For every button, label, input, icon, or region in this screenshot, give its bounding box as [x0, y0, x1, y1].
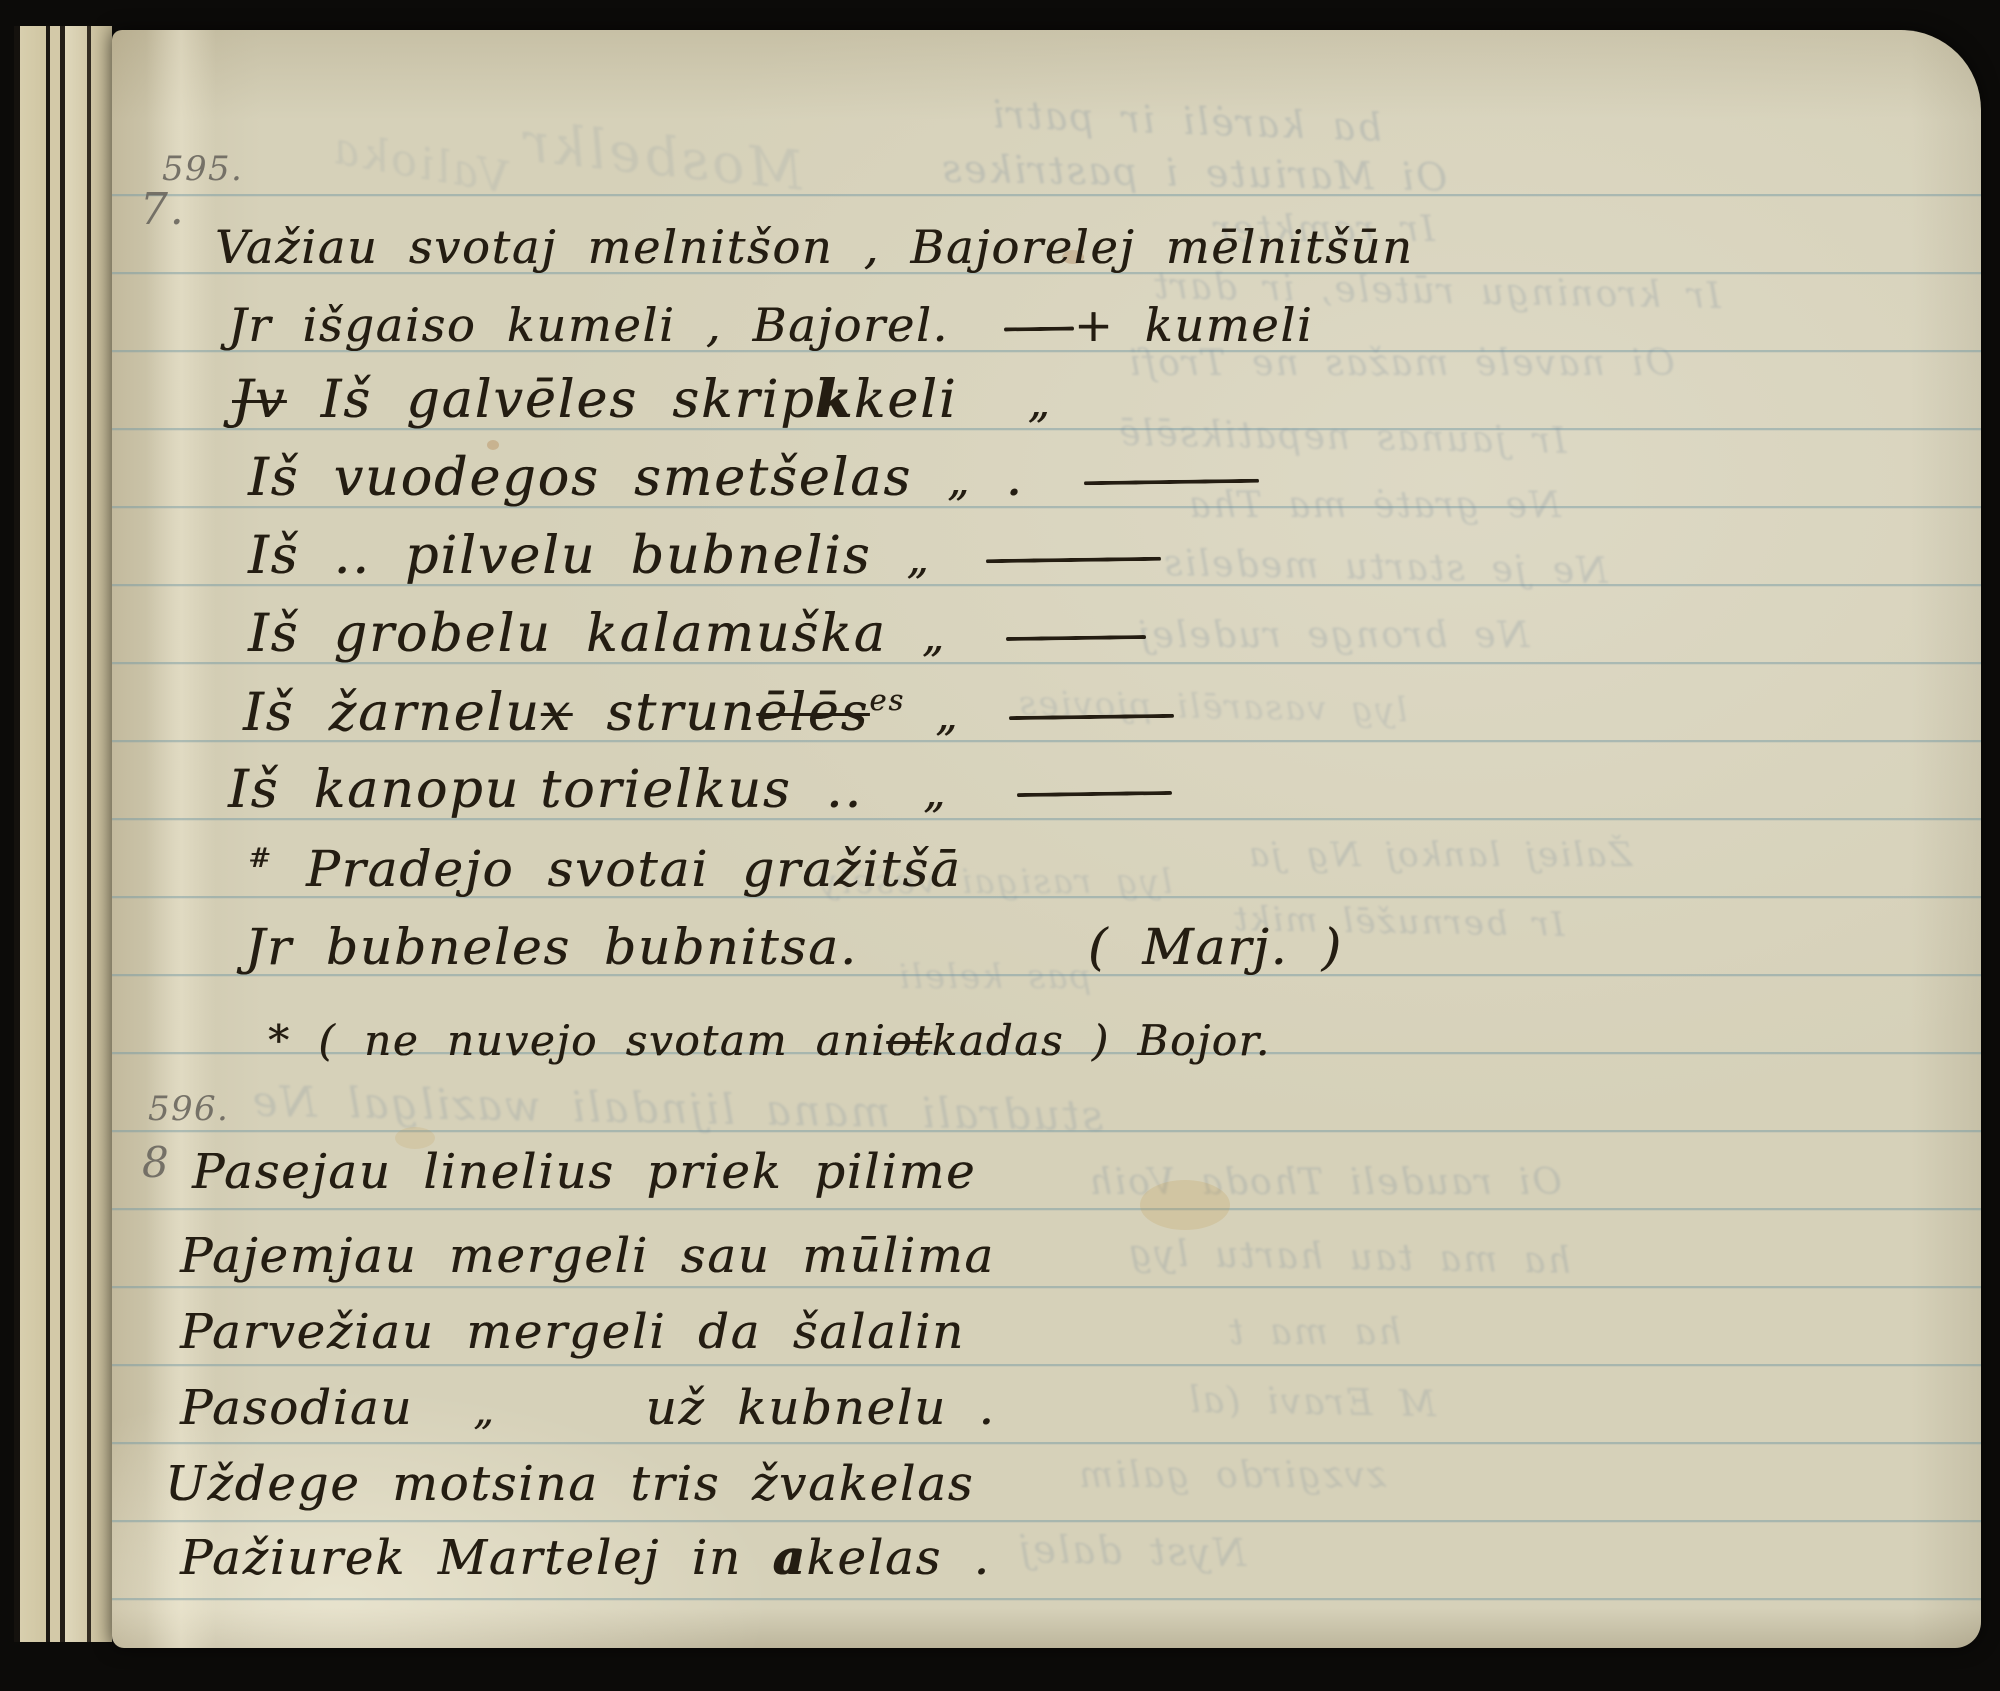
ditto-mark: „ [907, 534, 931, 584]
ditto-mark: „ [947, 456, 971, 506]
handwritten-text: Jr išgaiso kumeli , Bajorel. [228, 298, 949, 352]
bleedthrough-ghost-text: Nyst dalej [1017, 1530, 1247, 1572]
song-596-line: Pažiurek Martelej in akelas . [180, 1534, 991, 1582]
song-595-line: Jv Iš galvēles skripkkeli„ [232, 374, 1052, 426]
superscript-correction: es [869, 683, 905, 717]
song-595-line: Iš žarnelux strunēlēses„ [243, 686, 1174, 739]
overwritten-text: k [816, 369, 854, 430]
superscript-correction: # [248, 842, 273, 874]
handwritten-text: Pasodiau [180, 1380, 413, 1436]
handwritten-text: 596. [148, 1089, 229, 1129]
repeat-dash [986, 556, 1161, 562]
bleedthrough-ghost-text: zvzgirdo galim [1077, 1458, 1386, 1494]
repeat-dash [1004, 326, 1074, 331]
ruled-line [112, 1208, 1981, 1210]
handwritten-text: už kubnelu . [646, 1380, 996, 1436]
song-595-line: Jr bubneles bubnitsa.( Marj. ) [245, 922, 1343, 972]
pencil-number-label: 596. [148, 1092, 229, 1126]
handwritten-text: Iš galvēles skrip [286, 370, 815, 430]
bleedthrough-ghost-text: Ne je startu medelis [1162, 546, 1608, 590]
repeat-dash [1009, 713, 1174, 719]
struck-text: ot [886, 1016, 932, 1065]
page-edge [50, 26, 60, 1642]
song-595-line: Važiau svotaj melnitšon , Bajorelej mēln… [215, 224, 1414, 270]
bleedthrough-ghost-text: studrali mana lijndali wazilgal Ne [250, 1081, 1104, 1138]
bleedthrough-ghost-text: Valioka [328, 127, 513, 202]
handwritten-text: Parvežiau mergeli da šalalin [180, 1304, 965, 1360]
pencil-number-label: 7. [140, 188, 186, 232]
struck-text: ēlēs [756, 683, 869, 743]
handwritten-text: ( Marj. ) [1088, 918, 1343, 976]
handwritten-text: . [971, 448, 1024, 508]
ditto-mark: „ [922, 612, 946, 662]
ruled-line [112, 194, 1981, 196]
handwritten-text: * ( ne nuvejo svotam ani [268, 1016, 886, 1065]
scanned-manuscript: { "document": { "type": "handwritten not… [0, 0, 2000, 1691]
bleedthrough-ghost-text: Oi Mariute i pastrikes [940, 150, 1448, 197]
handwritten-text: 8 [142, 1138, 170, 1187]
handwritten-text: Pasejau linelius priek pilime [192, 1144, 976, 1200]
handwritten-text: Pradejo svotai gražitšā [273, 840, 962, 898]
repeat-dash [1017, 790, 1172, 796]
bleedthrough-ghost-text: ha ma tau hartu lyg [1127, 1236, 1571, 1280]
bleedthrough-ghost-text: Ne bronge rudelej [1137, 618, 1529, 654]
song-596-line: Parvežiau mergeli da šalalin [180, 1308, 965, 1356]
ditto-mark: „ [923, 768, 947, 818]
handwritten-text: 7. [140, 184, 186, 235]
handwritten-text: Važiau svotaj melnitšon , Bajorelej mēln… [215, 220, 1414, 274]
song-596-line: Uždege motsina tris žvakelas [165, 1460, 974, 1508]
handwritten-text: 595. [162, 149, 243, 189]
song-595-line: * ( ne nuvejo svotam aniotkadas ) Bojor. [268, 1020, 1271, 1062]
ditto-mark: „ [1028, 378, 1052, 428]
struck-text: x [541, 683, 572, 743]
handwritten-text: Iš žarnelu [243, 683, 541, 743]
song-596-line: Pasodiau„už kubnelu . [180, 1384, 996, 1432]
ditto-mark: „ [935, 691, 959, 741]
ruled-line [112, 1598, 1981, 1600]
paper-stain [1140, 1180, 1230, 1230]
handwritten-text: Iš vuodegos smetšelas [248, 448, 912, 508]
song-595-line: # Pradejo svotai gražitšā [248, 844, 962, 894]
repeat-dash [1084, 478, 1259, 484]
handwritten-text: torielkus .. [540, 760, 863, 820]
bleedthrough-ghost-text: M Eravi (al [1187, 1383, 1437, 1423]
handwritten-text: Pažiurek Martelej in [180, 1530, 773, 1586]
page-edge [65, 26, 87, 1642]
page-edge [91, 26, 112, 1642]
repeat-dash [1006, 635, 1146, 641]
handwritten-text: Iš kanopu [228, 760, 520, 820]
bleedthrough-ghost-text: Žaliej lankoj Ng ja [1247, 838, 1632, 872]
song-595-line: Iš .. pilvelu bubnelis„ [248, 530, 1161, 582]
notebook-page: MosbelkrValiokaba karėli ir patriOi Mari… [112, 30, 1981, 1648]
handwritten-text: Iš grobelu kalamuška [248, 604, 887, 664]
ruled-line [112, 1520, 1981, 1522]
handwritten-text: strun [572, 683, 756, 743]
overwritten-text: a [773, 1530, 806, 1586]
song-595-line: Iš kanoputorielkus ..„ [228, 764, 1172, 816]
ditto-mark: „ [473, 1388, 495, 1434]
song-596-line: Pajemjau mergeli sau mūlima [180, 1232, 995, 1280]
handwritten-text: Iš .. pilvelu bubnelis [248, 526, 872, 586]
bleedthrough-ghost-text: ha ma t [1227, 1315, 1401, 1351]
handwritten-text: kadas ) Bojor. [932, 1016, 1271, 1065]
song-595-line: Jr išgaiso kumeli , Bajorel.+ kumeli [228, 302, 1313, 348]
pencil-number-label: 8 [142, 1142, 170, 1184]
handwritten-text: kelas . [806, 1530, 990, 1586]
bleedthrough-ghost-text: ba karėli ir patri [989, 95, 1382, 147]
handwritten-text: + kumeli [1074, 298, 1313, 352]
handwritten-text: Pajemjau mergeli sau mūlima [180, 1228, 995, 1284]
ruled-line [112, 1364, 1981, 1366]
pencil-number-label: 595. [162, 152, 243, 186]
struck-text: Jv [232, 370, 286, 430]
song-595-line: Iš vuodegos smetšelas„ . [248, 452, 1259, 504]
handwritten-text: Uždege motsina tris žvakelas [165, 1456, 974, 1512]
handwritten-text: Jr bubneles bubnitsa. [245, 918, 858, 976]
song-596-line: Pasejau linelius priek pilime [192, 1148, 976, 1196]
handwritten-text: keli [854, 370, 958, 430]
song-595-line: Iš grobelu kalamuška„ [248, 608, 1146, 660]
page-edge [20, 26, 46, 1642]
ruled-line [112, 1442, 1981, 1444]
bleedthrough-ghost-text: Mosbelkr [518, 115, 806, 198]
page-edge-strips [14, 26, 112, 1642]
ruled-line [112, 1286, 1981, 1288]
